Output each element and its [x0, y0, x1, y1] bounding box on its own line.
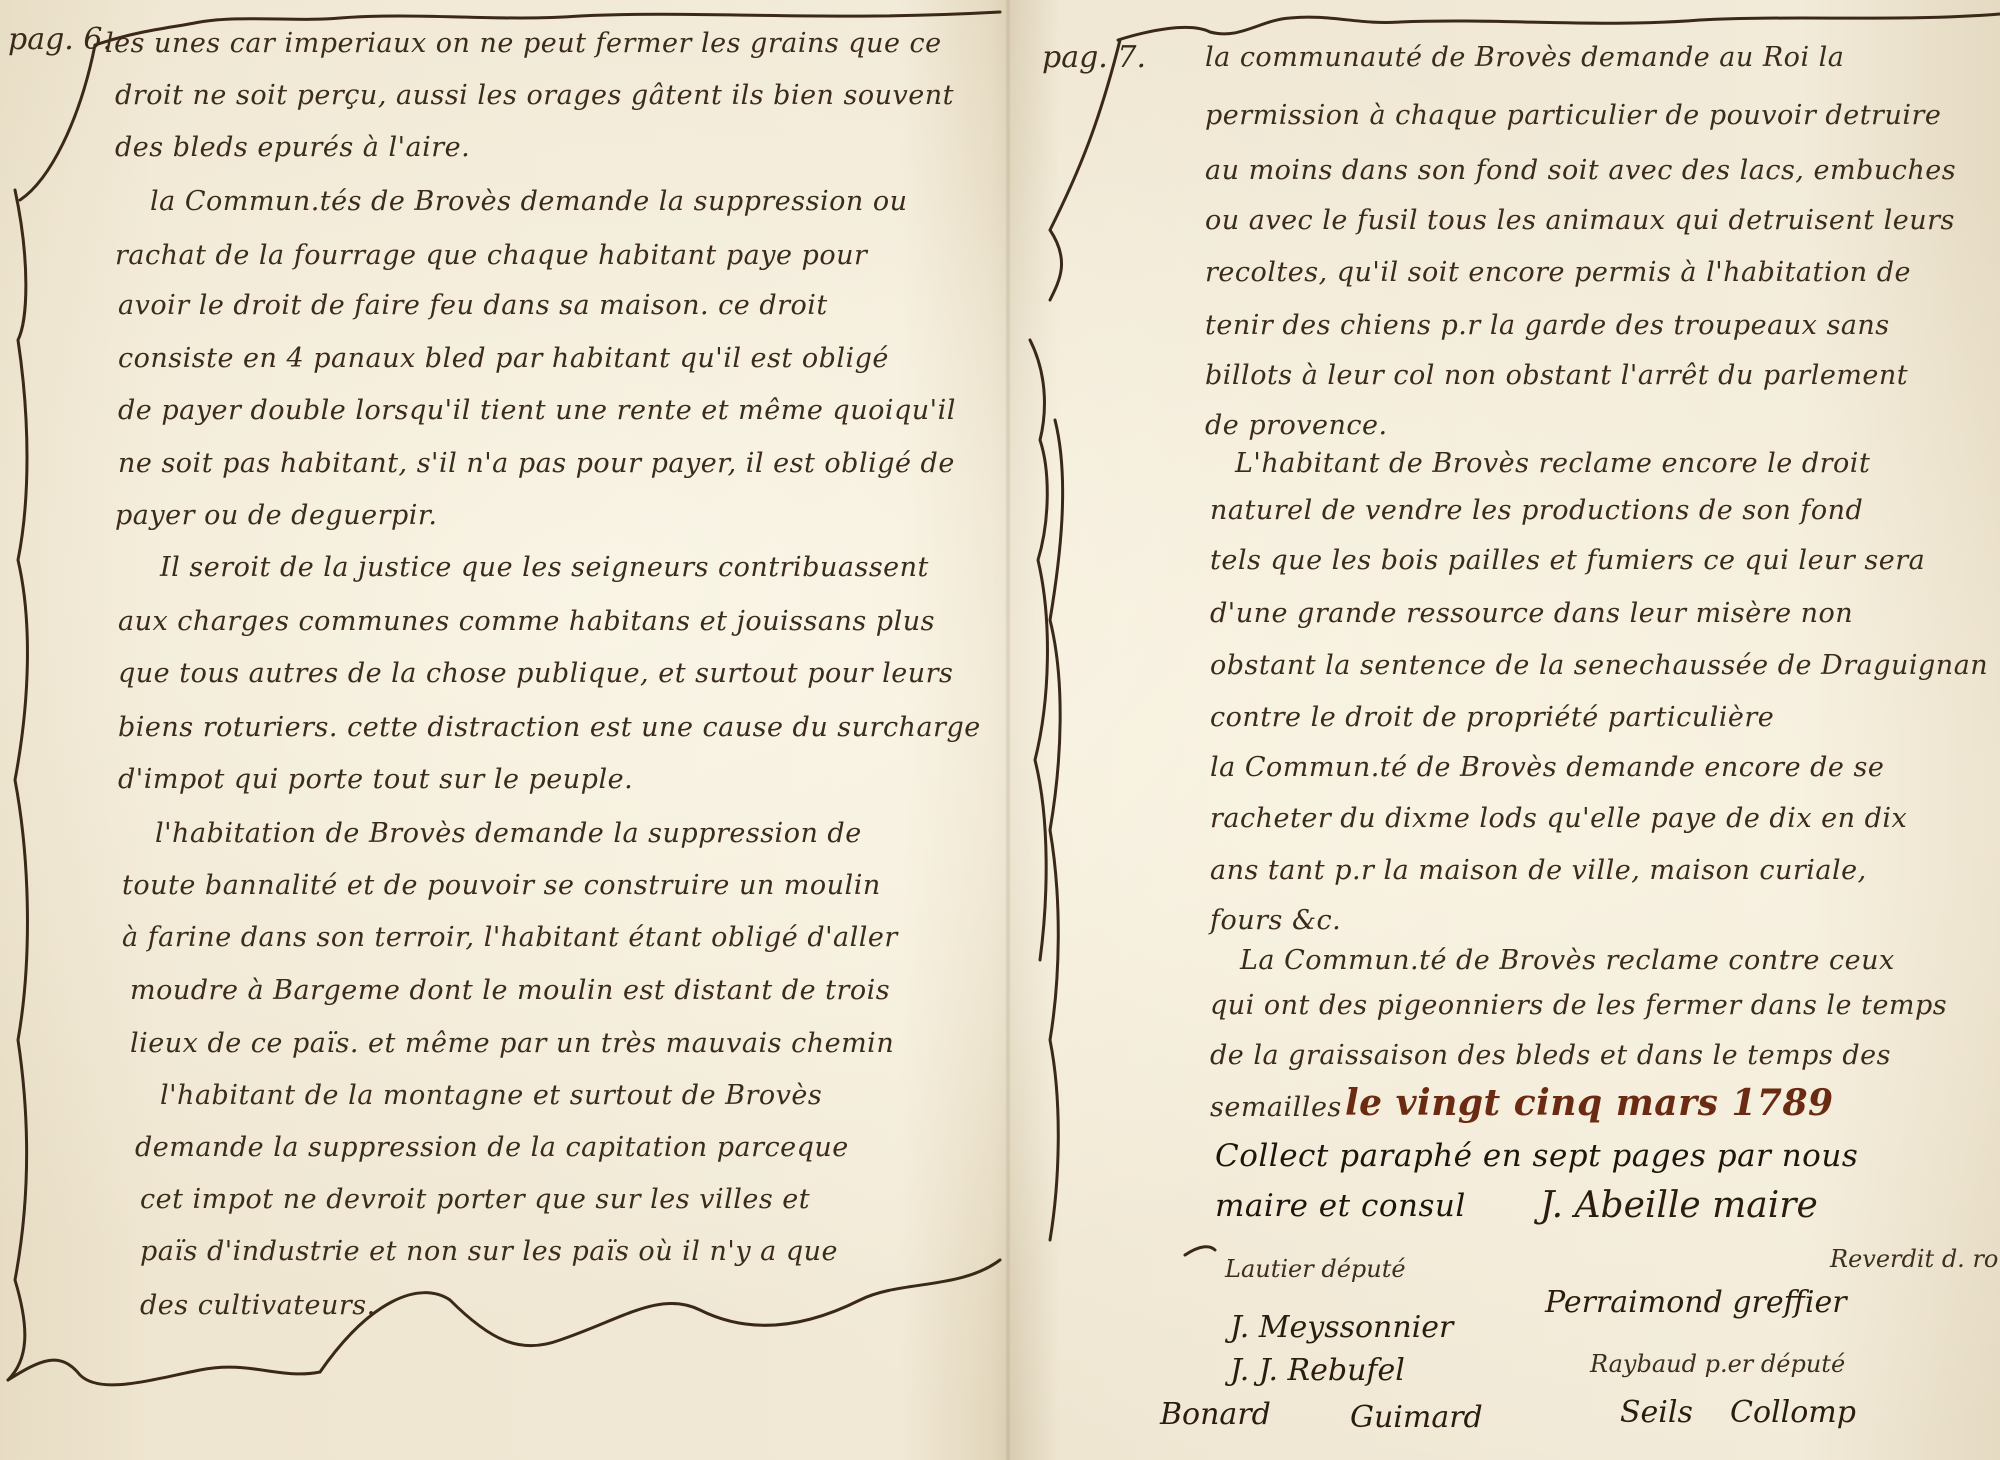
text-line: de payer double lorsqu'il tient une rent… [118, 395, 956, 426]
text-line: qui ont des pigeonniers de les fermer da… [1210, 990, 1947, 1021]
signature: Bonard [1160, 1397, 1271, 1432]
text-line: contre le droit de propriété particulièr… [1210, 702, 1774, 733]
text-line: droit ne soit perçu, aussi les orages gâ… [115, 80, 954, 111]
text-line: recoltes, qu'il soit encore permis à l'h… [1205, 257, 1911, 288]
closing-line: Collect paraphé en sept pages par nous [1215, 1138, 1858, 1174]
text-line: ou avec le fusil tous les animaux qui de… [1205, 205, 1955, 236]
signature: J. J. Rebufel [1230, 1353, 1405, 1388]
text-line: les unes car imperiaux on ne peut fermer… [105, 28, 942, 59]
text-line: des bleds epurés à l'aire. [115, 132, 470, 163]
signature: Perraimond greffier [1545, 1285, 1847, 1320]
left-page: pag. 6. les unes car imperiaux on ne peu… [0, 0, 1010, 1460]
page-number: pag. 7. [1042, 40, 1146, 75]
text-line: l'habitant de la montagne et surtout de … [160, 1080, 822, 1111]
right-page: pag. 7. la communauté de Brovès demande … [1010, 0, 2000, 1460]
text-line: au moins dans son fond soit avec des lac… [1205, 155, 1956, 186]
signature: J. Abeille maire [1540, 1185, 1818, 1226]
text-line: rachat de la fourrage que chaque habitan… [115, 240, 867, 271]
signature: J. Meyssonnier [1230, 1310, 1453, 1345]
signature: Collomp [1730, 1395, 1856, 1430]
text-line: racheter du dixme lods qu'elle paye de d… [1210, 803, 1907, 834]
text-line: d'impot qui porte tout sur le peuple. [118, 764, 633, 795]
signature: Reverdit d. ro. [1830, 1245, 2000, 1273]
text-line: ans tant p.r la maison de ville, maison … [1210, 855, 1867, 886]
text-line: demande la suppression de la capitation … [135, 1132, 849, 1163]
text-line: semailles [1210, 1092, 1342, 1123]
text-line: aux charges communes comme habitans et j… [118, 606, 935, 637]
text-line: cet impot ne devroit porter que sur les … [140, 1184, 810, 1215]
text-line: la Commun.té de Brovès demande encore de… [1210, 752, 1884, 783]
signature: Raybaud p.er député [1590, 1350, 1845, 1378]
text-line: naturel de vendre les productions de son… [1210, 495, 1863, 526]
text-line: avoir le droit de faire feu dans sa mais… [118, 290, 828, 321]
date-line: le vingt cinq mars 1789 [1345, 1082, 1834, 1124]
signature: Lautier député [1225, 1255, 1406, 1283]
text-line: payer ou de deguerpir. [115, 500, 437, 531]
closing-line: maire et consul [1215, 1188, 1466, 1224]
text-line: L'habitant de Brovès reclame encore le d… [1235, 448, 1870, 479]
text-line: que tous autres de la chose publique, et… [118, 658, 953, 689]
text-line: La Commun.té de Brovès reclame contre ce… [1240, 945, 1895, 976]
text-line: moudre à Bargeme dont le moulin est dist… [130, 975, 890, 1006]
text-line: tels que les bois pailles et fumiers ce … [1210, 545, 1925, 576]
text-line: ne soit pas habitant, s'il n'a pas pour … [118, 448, 955, 479]
text-line: biens roturiers. cette distraction est u… [118, 712, 981, 743]
text-line: toute bannalité et de pouvoir se constru… [122, 870, 881, 901]
text-line: la communauté de Brovès demande au Roi l… [1205, 42, 1844, 73]
text-line: la Commun.tés de Brovès demande la suppr… [150, 186, 908, 217]
text-line: consiste en 4 panaux bled par habitant q… [118, 343, 889, 374]
text-line: païs d'industrie et non sur les païs où … [140, 1236, 838, 1267]
text-line: des cultivateurs. [140, 1290, 376, 1321]
text-line: obstant la sentence de la senechaussée d… [1210, 650, 1988, 681]
text-line: à farine dans son terroir, l'habitant ét… [122, 922, 898, 953]
text-line: tenir des chiens p.r la garde des troupe… [1205, 310, 1890, 341]
text-line: lieux de ce païs. et même par un très ma… [130, 1028, 894, 1059]
text-line: de la graissaison des bleds et dans le t… [1210, 1040, 1891, 1071]
text-line: de provence. [1205, 410, 1388, 441]
text-line: l'habitation de Brovès demande la suppre… [155, 818, 862, 849]
text-line: fours &c. [1210, 905, 1341, 936]
text-line: billots à leur col non obstant l'arrêt d… [1205, 360, 1908, 391]
page-number: pag. 6. [8, 22, 112, 57]
signature: Seils [1620, 1395, 1693, 1430]
signature: Guimard [1350, 1400, 1483, 1435]
text-line: d'une grande ressource dans leur misère … [1210, 598, 1853, 629]
text-line: Il seroit de la justice que les seigneur… [160, 552, 929, 583]
text-line: permission à chaque particulier de pouvo… [1205, 100, 1941, 131]
manuscript-scan: pag. 6. les unes car imperiaux on ne peu… [0, 0, 2000, 1460]
